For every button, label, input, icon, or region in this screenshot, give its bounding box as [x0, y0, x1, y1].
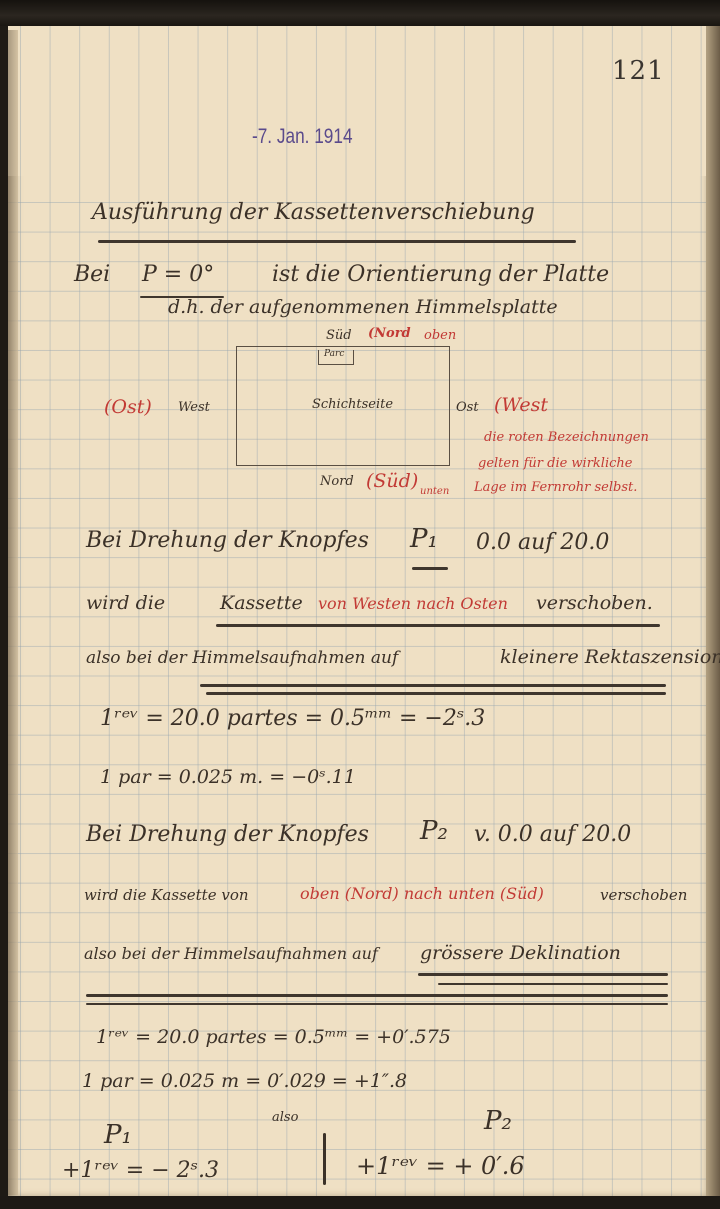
note-red-line2: gelten für die wirkliche	[478, 456, 632, 471]
p1-line2-prefix: wird die	[86, 592, 165, 614]
page-header-area	[8, 26, 710, 176]
p2-equation-2: 1 par = 0.025 m = 0′.029 = +1″.8	[82, 1070, 407, 1092]
summary-also: also	[272, 1110, 298, 1125]
p1-line3-underline-1	[200, 684, 666, 687]
summary-separator	[323, 1133, 326, 1185]
p1-symbol-underline	[412, 567, 448, 570]
diagram-top-extra: oben	[424, 328, 456, 343]
section-divider-2	[86, 1003, 668, 1005]
p1-line2-suffix: verschoben.	[536, 592, 653, 614]
section-divider-1	[86, 994, 668, 997]
p2-values: v. 0.0 auf 20.0	[474, 822, 631, 847]
diagram-bottom-black: Nord	[320, 474, 354, 489]
diagram-top-label-red: (Nord	[368, 326, 411, 341]
p2-line3: also bei der Himmelsaufnahmen auf	[84, 944, 378, 963]
p2-line1: Bei Drehung der Knopfes	[86, 822, 369, 847]
p1-symbol: P₁	[410, 524, 438, 554]
p2-line3-underline-2	[438, 983, 668, 985]
p1-equation-2: 1 par = 0.025 m. = −0ˢ.11	[100, 766, 356, 788]
notebook-binding-bottom	[0, 1196, 720, 1209]
summary-p1-symbol: P₁	[104, 1120, 132, 1150]
tab-label: Parc	[324, 349, 344, 359]
intro-line2: d.h. der aufgenommenen Himmelsplatte	[168, 296, 558, 318]
notebook-binding-top	[0, 0, 720, 26]
note-red-line3: Lage im Fernrohr selbst.	[474, 480, 637, 495]
diagram-left-red: (Ost)	[104, 396, 152, 418]
intro-bei: Bei	[74, 262, 110, 287]
diagram-top-label: Süd	[326, 328, 352, 343]
p1-line3: also bei der Himmelsaufnahmen auf	[86, 648, 398, 668]
diagram-bottom-red: (Süd)	[366, 470, 418, 492]
page-edge	[706, 26, 720, 1196]
diagram-bottom-extra: unten	[420, 486, 449, 497]
diagram-right-black: Ost	[456, 400, 479, 415]
page-gutter	[8, 30, 18, 1195]
page-number: 121	[612, 56, 665, 86]
p2-line2-prefix: wird die Kassette von	[84, 886, 249, 904]
diagram-right-red: (West	[494, 394, 548, 416]
p1-values: 0.0 auf 20.0	[476, 530, 609, 555]
heading-underline	[98, 240, 576, 243]
diagram-left-black: West	[178, 400, 210, 415]
p1-line2-kassette: Kassette	[220, 592, 303, 614]
intro-p-symbol: P = 0°	[142, 262, 214, 287]
p2-line3-underline-1	[418, 973, 668, 976]
p1-line3-underline-2	[206, 692, 666, 695]
p2-symbol: P₂	[420, 816, 448, 846]
p2-line2-red: oben (Nord) nach unten (Süd)	[300, 884, 544, 903]
p1-line2-underline	[216, 624, 660, 627]
p2-equation-1: 1ʳᵉᵛ = 20.0 partes = 0.5ᵐᵐ = +0′.575	[96, 1026, 451, 1048]
p2-line3-ul-text: grössere Deklination	[420, 942, 621, 964]
p1-line1: Bei Drehung der Knopfes	[86, 528, 369, 553]
p1-line2-red: von Westen nach Osten	[318, 594, 508, 613]
summary-p2-equation: +1ʳᵉᵛ = + 0′.6	[356, 1152, 525, 1180]
p1-line3-ul-text: kleinere Rektaszension	[500, 646, 720, 668]
summary-p1-equation: +1ʳᵉᵛ = − 2ˢ.3	[62, 1158, 219, 1183]
intro-line1-rest: ist die Orientierung der Platte	[272, 262, 609, 287]
p2-line2-suffix: verschoben	[600, 886, 687, 904]
note-red-line1: die roten Bezeichnungen	[484, 430, 649, 445]
p1-equation-1: 1ʳᵉᵛ = 20.0 partes = 0.5ᵐᵐ = −2ˢ.3	[100, 706, 485, 731]
summary-p2-symbol: P₂	[484, 1106, 512, 1136]
heading: Ausführung der Kassettenverschiebung	[92, 200, 535, 225]
diagram-center-label: Schichtseite	[312, 397, 393, 412]
date-stamp: -7. Jan. 1914	[252, 125, 353, 149]
